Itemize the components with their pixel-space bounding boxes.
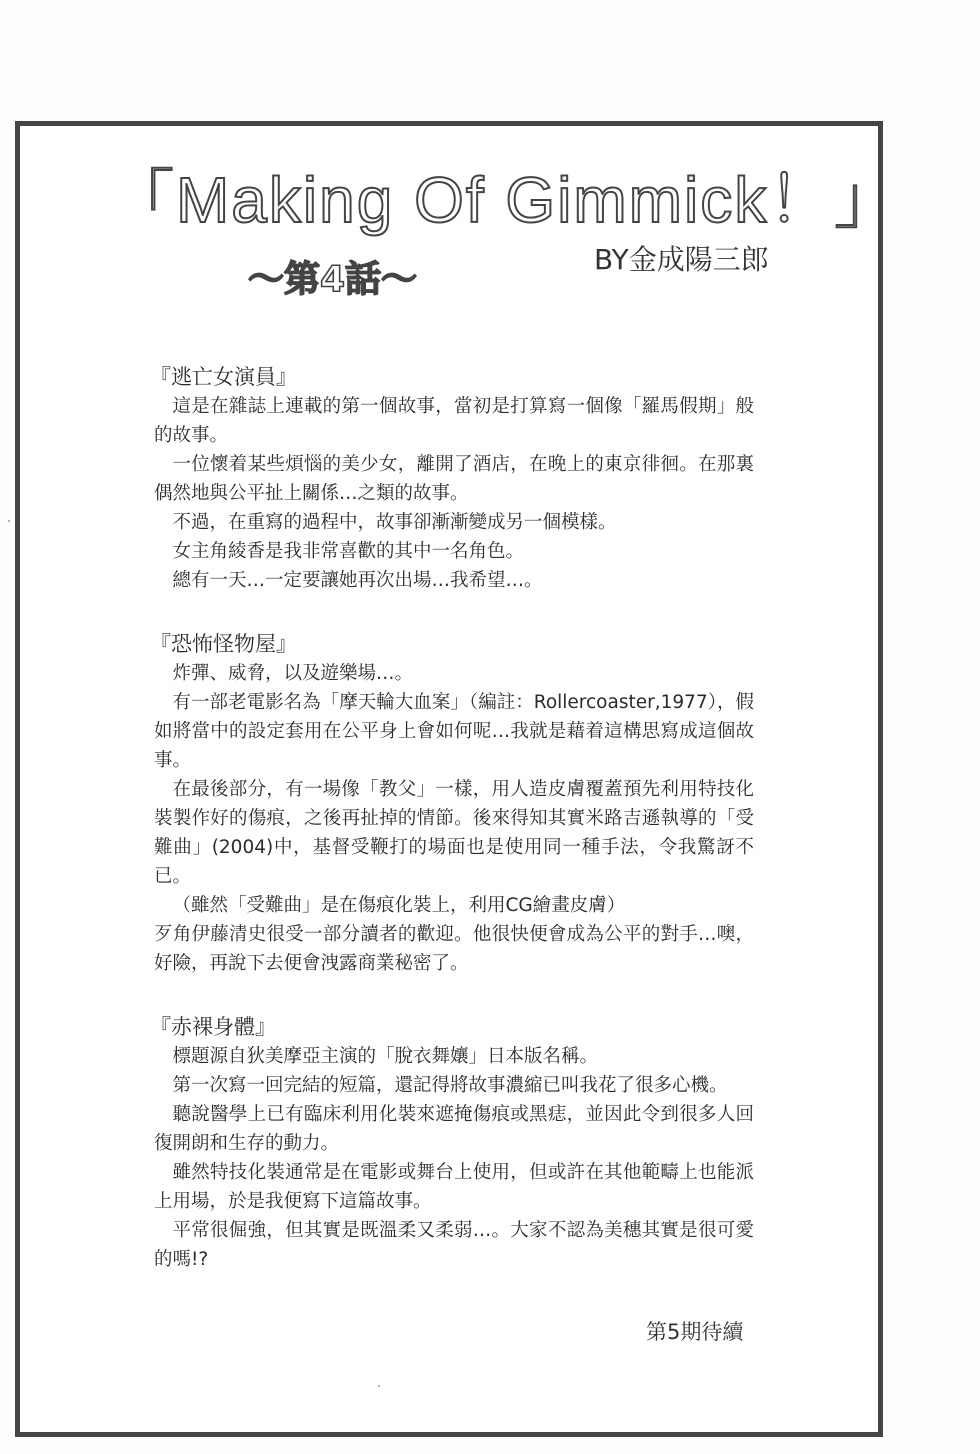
- paragraph: 炸彈、威脅，以及遊樂場…。: [154, 659, 754, 688]
- section-horror-house: 『恐怖怪物屋』 炸彈、威脅，以及遊樂場…。 有一部老電影名為「摩天輪大血案」（編…: [154, 629, 754, 978]
- paragraph: 一位懷着某些煩惱的美少女，離開了酒店，在晚上的東京徘徊。在那裏偶然地與公平扯上關…: [154, 450, 754, 508]
- paragraph: 標題源自狄美摩亞主演的「脫衣舞孃」日本版名稱。: [154, 1042, 754, 1071]
- section-heading: 『恐怖怪物屋』: [150, 629, 754, 659]
- section-heading: 『逃亡女演員』: [150, 362, 754, 392]
- scan-speck: [378, 1385, 380, 1387]
- episode-label: ～第4話～: [248, 262, 417, 298]
- section-heading: 『赤裸身體』: [150, 1012, 754, 1042]
- section-fugitive-actress: 『逃亡女演員』 這是在雜誌上連載的第一個故事，當初是打算寫一個像「羅馬假期」般的…: [154, 362, 754, 595]
- author-byline: BY金成陽三郎: [594, 246, 769, 274]
- article-body: 『逃亡女演員』 這是在雜誌上連載的第一個故事，當初是打算寫一個像「羅馬假期」般的…: [154, 362, 754, 1308]
- paragraph: 這是在雜誌上連載的第一個故事，當初是打算寫一個像「羅馬假期」般的故事。: [154, 392, 754, 450]
- paragraph: 總有一天…一定要讓她再次出場…我希望…。: [154, 566, 754, 595]
- paragraph: 第一次寫一回完結的短篇，還記得將故事濃縮已叫我花了很多心機。: [154, 1071, 754, 1100]
- to-be-continued-note: 第5期待續: [646, 1316, 743, 1346]
- paragraph: 歹角伊藤清史很受一部分讀者的歡迎。他很快便會成為公平的對手…噢，好險，再說下去便…: [154, 920, 754, 978]
- paragraph: 雖然特技化裝通常是在電影或舞台上使用，但或許在其他範疇上也能派上用場，於是我便寫…: [154, 1158, 754, 1216]
- scan-speck: [8, 520, 10, 522]
- paragraph: 聽說醫學上已有臨床利用化裝來遮掩傷痕或黑痣，並因此令到很多人回復開朗和生存的動力…: [154, 1100, 754, 1158]
- page-title: 「Making Of Gimmick！」: [110, 168, 790, 232]
- paragraph: 不過，在重寫的過程中，故事卻漸漸變成另一個模樣。: [154, 508, 754, 537]
- paragraph: 有一部老電影名為「摩天輪大血案」（編註：Rollercoaster,1977），…: [154, 688, 754, 775]
- paragraph: 女主角綾香是我非常喜歡的其中一名角色。: [154, 537, 754, 566]
- paragraph: 在最後部分，有一場像「教父」一樣，用人造皮膚覆蓋預先利用特技化裝製作好的傷痕，之…: [154, 775, 754, 891]
- paragraph: （雖然「受難曲」是在傷痕化裝上，利用CG繪畫皮膚）: [154, 891, 754, 920]
- paragraph: 平常很倔強，但其實是既溫柔又柔弱…。大家不認為美穗其實是很可愛的嗎!?: [154, 1216, 754, 1274]
- section-naked-body: 『赤裸身體』 標題源自狄美摩亞主演的「脫衣舞孃」日本版名稱。 第一次寫一回完結的…: [154, 1012, 754, 1274]
